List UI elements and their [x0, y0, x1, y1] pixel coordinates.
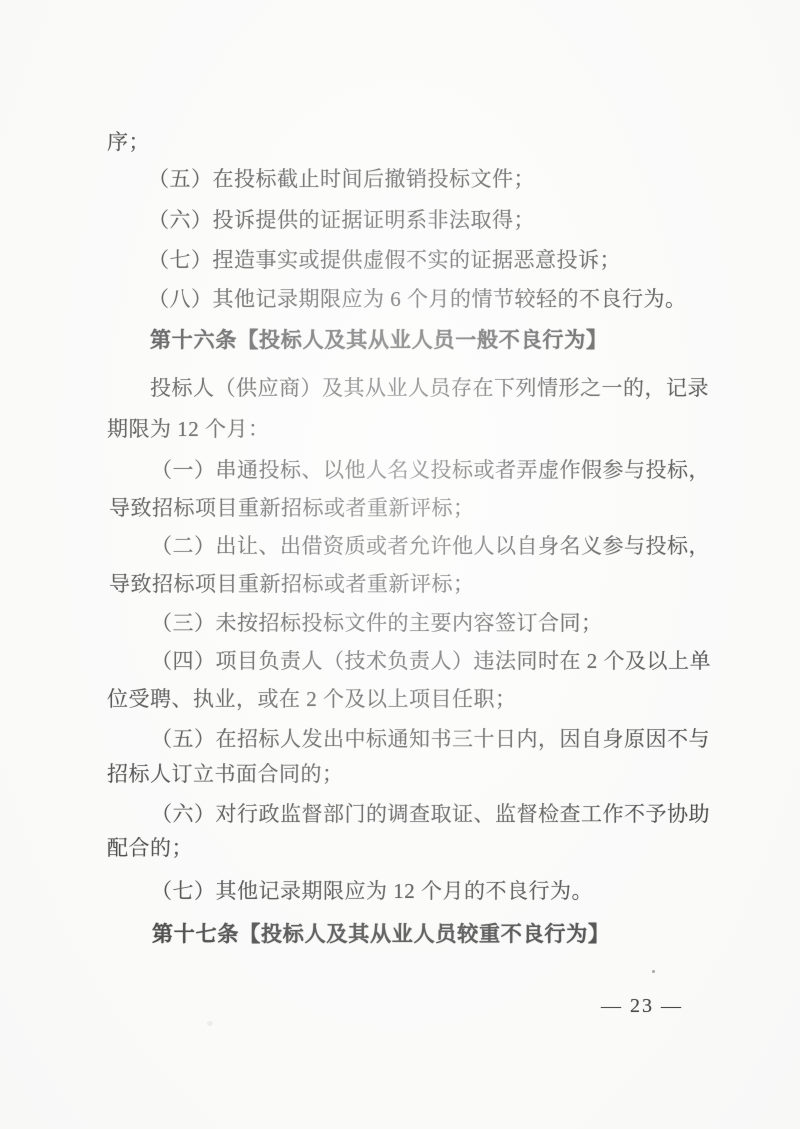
clause-line-6: （六）投诉提供的证据证明系非法取得；: [148, 207, 535, 234]
clause-line-8: （八）其他记录期限应为 6 个月的情节较轻的不良行为。: [148, 286, 687, 313]
body-line-continuation: 序；: [107, 129, 150, 156]
paragraph-line-continuation: 期限为 12 个月：: [107, 416, 270, 443]
page-number: — 23 —: [601, 995, 683, 1018]
scanned-document-page: 序； （五）在投标截止时间后撤销投标文件； （六）投诉提供的证据证明系非法取得；…: [0, 0, 800, 1129]
clause-line-5b-continuation: 招标人订立书面合同的；: [107, 761, 344, 788]
clause-line-2-continuation: 导致招标项目重新招标或者重新评标；: [109, 571, 475, 598]
clause-line-2: （二）出让、出借资质或者允许他人以自身名义参与投标，: [151, 533, 710, 560]
clause-line-7: （七）捏造事实或提供虚假不实的证据恶意投诉；: [148, 247, 621, 274]
scan-artifact-smudge: [207, 1021, 213, 1026]
article-16-heading: 第十六条【投标人及其从业人员一般不良行为】: [150, 327, 608, 354]
clause-line-5b: （五）在招标人发出中标通知书三十日内，因自身原因不与: [151, 726, 710, 753]
paragraph-line: 投标人（供应商）及其从业人员存在下列情形之一的，记录: [150, 375, 709, 402]
clause-line-4: （四）项目负责人（技术负责人）违法同时在 2 个及以上单: [151, 648, 711, 675]
clause-line-1-continuation: 导致招标项目重新招标或者重新评标；: [109, 495, 475, 522]
clause-line-6b-continuation: 配合的；: [107, 835, 193, 862]
clause-line-3: （三）未按招标投标文件的主要内容签订合同；: [151, 610, 603, 637]
clause-line-5: （五）在投标截止时间后撤销投标文件；: [148, 166, 535, 193]
article-17-heading: 第十七条【投标人及其从业人员较重不良行为】: [152, 921, 610, 948]
clause-line-6b: （六）对行政监督部门的调查取证、监督检查工作不予协助: [151, 801, 710, 828]
clause-line-1: （一）串通投标、以他人名义投标或者弄虚作假参与投标，: [151, 457, 710, 484]
clause-line-7b: （七）其他记录期限应为 12 个月的不良行为。: [151, 878, 593, 905]
scan-artifact-dot: [652, 970, 655, 973]
clause-line-4-continuation: 位受聘、执业，或在 2 个及以上项目任职；: [107, 686, 517, 713]
